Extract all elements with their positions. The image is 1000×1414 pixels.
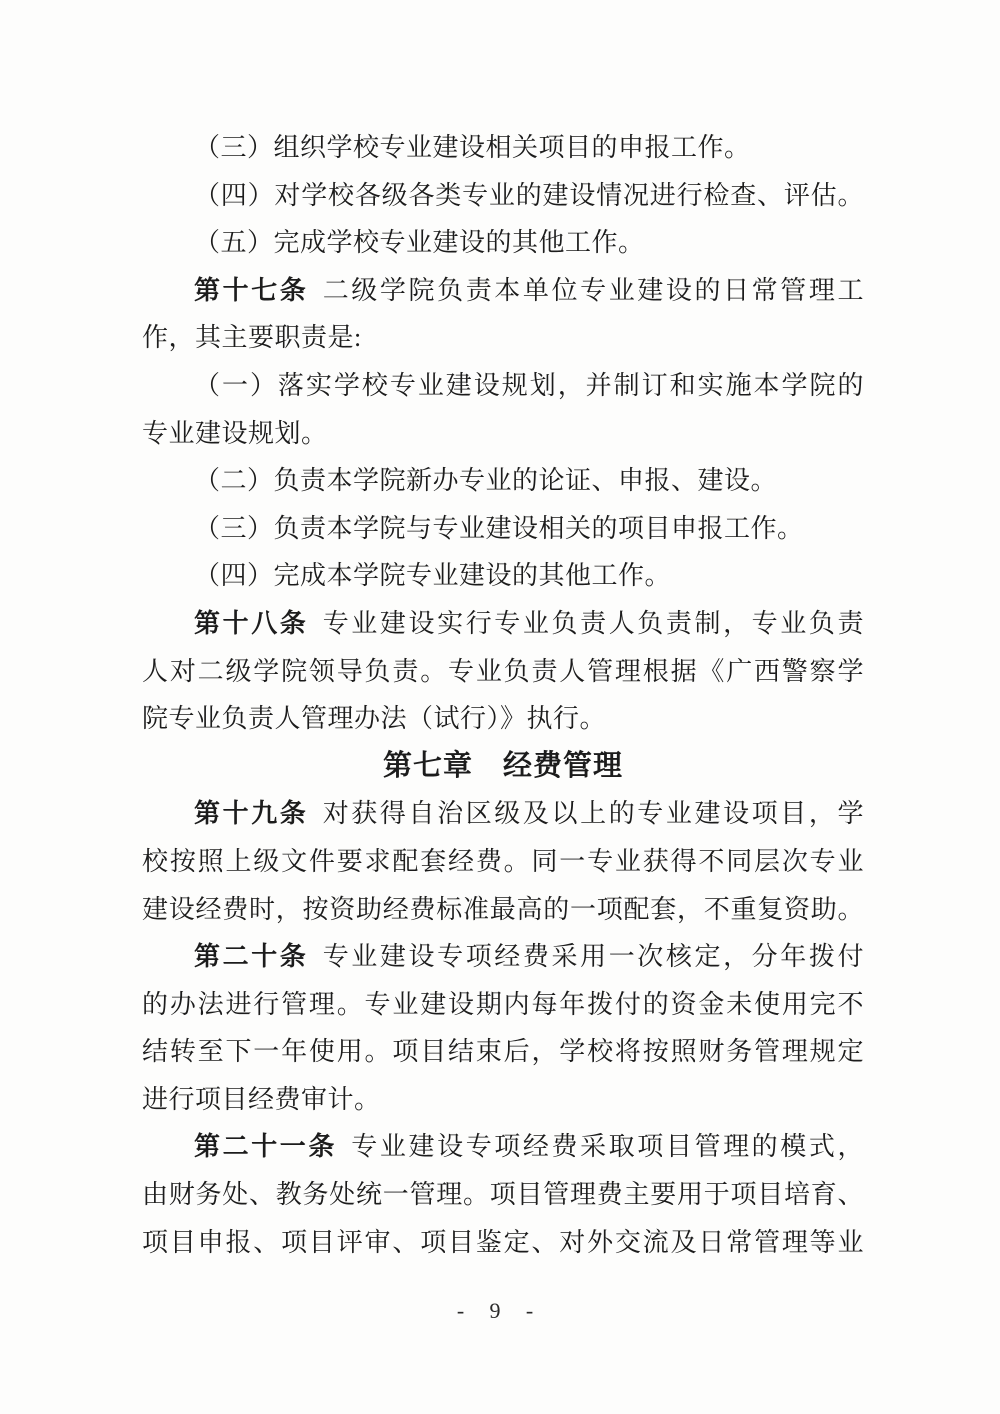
- article-number: 第二十一条: [194, 1131, 337, 1161]
- line-text: 建设经费时，按资助经费标准最高的一项配套，不重复资助。: [142, 895, 864, 924]
- body-line: 进行项目经费审计。: [142, 1076, 864, 1124]
- line-text: （四）完成本学院专业建设的其他工作。: [194, 561, 671, 590]
- line-text: （五）完成学校专业建设的其他工作。: [194, 228, 645, 257]
- body-line: 项目申报、项目评审、项目鉴定、对外交流及日常管理等业: [142, 1219, 864, 1267]
- page-number: - 9 -: [0, 1298, 1000, 1324]
- line-text: 院专业负责人管理办法（试行）》执行。: [142, 704, 606, 733]
- article-number: 第十九条: [194, 798, 308, 828]
- line-text: 的办法进行管理。专业建设期内每年拨付的资金未使用完不: [142, 990, 864, 1019]
- line-text: （四）对学校各级各类专业的建设情况进行检查、评估。: [194, 181, 864, 210]
- line-text: （二）负责本学院新办专业的论证、申报、建设。: [194, 466, 777, 495]
- line-text: （三）负责本学院与专业建设相关的项目申报工作。: [194, 514, 804, 543]
- body-line: （四）完成本学院专业建设的其他工作。: [142, 552, 864, 600]
- document-body: （三）组织学校专业建设相关项目的申报工作。 （四）对学校各级各类专业的建设情况进…: [142, 124, 864, 1266]
- line-text: 专业建设专项经费采取项目管理的模式，: [351, 1132, 864, 1161]
- line-text: 专业建设实行专业负责人负责制，专业负责: [323, 609, 864, 638]
- line-text: 由财务处、教务处统一管理。项目管理费主要用于项目培育、: [142, 1180, 864, 1209]
- line-text: 结转至下一年使用。项目结束后，学校将按照财务管理规定: [142, 1037, 864, 1066]
- body-line: 建设经费时，按资助经费标准最高的一项配套，不重复资助。: [142, 886, 864, 934]
- line-text: 人对二级学院领导负责。专业负责人管理根据《广西警察学: [142, 657, 864, 686]
- line-text: （一）落实学校专业建设规划，并制订和实施本学院的: [194, 371, 864, 400]
- document-page: （三）组织学校专业建设相关项目的申报工作。 （四）对学校各级各类专业的建设情况进…: [0, 0, 1000, 1414]
- body-line: 作，其主要职责是:: [142, 314, 864, 362]
- line-text: 作，其主要职责是:: [142, 323, 362, 352]
- article-number: 第二十条: [194, 941, 308, 971]
- article-number: 第十八条: [194, 608, 308, 638]
- body-line: 结转至下一年使用。项目结束后，学校将按照财务管理规定: [142, 1028, 864, 1076]
- body-line: 第十九条对获得自治区级及以上的专业建设项目，学: [142, 790, 864, 838]
- line-text: 专业建设专项经费采用一次核定，分年拨付: [323, 942, 864, 971]
- body-line: （二）负责本学院新办专业的论证、申报、建设。: [142, 457, 864, 505]
- body-line: 第十七条二级学院负责本单位专业建设的日常管理工: [142, 267, 864, 315]
- chapter-heading: 第七章 经费管理: [142, 743, 864, 791]
- line-text: 项目申报、项目评审、项目鉴定、对外交流及日常管理等业: [142, 1228, 864, 1257]
- body-line: （一）落实学校专业建设规划，并制订和实施本学院的: [142, 362, 864, 410]
- line-text: 专业建设规划。: [142, 419, 328, 448]
- body-line: 院专业负责人管理办法（试行）》执行。: [142, 695, 864, 743]
- body-line: 人对二级学院领导负责。专业负责人管理根据《广西警察学: [142, 648, 864, 696]
- line-text: 进行项目经费审计。: [142, 1085, 381, 1114]
- line-text: （三）组织学校专业建设相关项目的申报工作。: [194, 133, 751, 162]
- body-line: 校按照上级文件要求配套经费。同一专业获得不同层次专业: [142, 838, 864, 886]
- body-line: 第十八条专业建设实行专业负责人负责制，专业负责: [142, 600, 864, 648]
- line-text: 对获得自治区级及以上的专业建设项目，学: [323, 799, 864, 828]
- line-text: 二级学院负责本单位专业建设的日常管理工: [323, 276, 864, 305]
- body-line: （三）负责本学院与专业建设相关的项目申报工作。: [142, 505, 864, 553]
- body-line: 第二十一条专业建设专项经费采取项目管理的模式，: [142, 1123, 864, 1171]
- line-text: 校按照上级文件要求配套经费。同一专业获得不同层次专业: [142, 847, 864, 876]
- body-line: 第二十条专业建设专项经费采用一次核定，分年拨付: [142, 933, 864, 981]
- body-line: （五）完成学校专业建设的其他工作。: [142, 219, 864, 267]
- body-line: （三）组织学校专业建设相关项目的申报工作。: [142, 124, 864, 172]
- body-line: （四）对学校各级各类专业的建设情况进行检查、评估。: [142, 172, 864, 220]
- body-line: 由财务处、教务处统一管理。项目管理费主要用于项目培育、: [142, 1171, 864, 1219]
- article-number: 第十七条: [194, 275, 308, 305]
- body-line: 专业建设规划。: [142, 410, 864, 458]
- body-line: 的办法进行管理。专业建设期内每年拨付的资金未使用完不: [142, 981, 864, 1029]
